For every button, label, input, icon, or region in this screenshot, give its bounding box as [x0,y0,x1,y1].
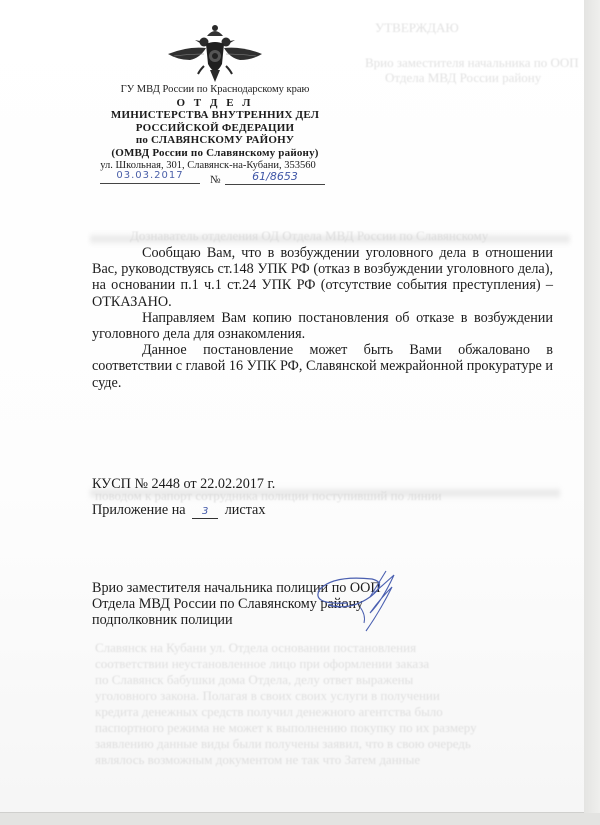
number-label: № [210,174,221,186]
org-name-line-1: МИНИСТЕРСТВА ВНУТРЕННИХ ДЕЛ [100,109,330,122]
org-short-name: (ОМВД России по Славянскому району) [100,147,330,160]
handwritten-signature-icon [300,565,410,645]
date-stamp: 03.03.2017 [100,170,200,184]
bleed-through-text: Врио заместителя начальника по ООП [365,55,579,71]
scan-edge [584,0,600,825]
bleed-through-text: Дознаватель отделения ОД Отдела МВД Росс… [130,228,488,244]
bleed-through-text: паспортного режима не может к выполнению… [95,720,477,736]
org-name-line-3: по СЛАВЯНСКОМУ РАЙОНУ [100,134,330,147]
org-name-line-2: РОССИЙСКОЙ ФЕДЕРАЦИИ [100,122,330,135]
bleed-through-text: являлось возможным документом не так что… [95,752,420,768]
body-paragraph: Данное постановление может быть Вами обж… [92,342,553,391]
outgoing-number: 61/8653 [225,170,325,185]
department-title: О Т Д Е Л [100,97,330,110]
letterhead: ГУ МВД России по Краснодарскому краю О Т… [100,22,330,172]
document-page: УТВЕРЖДАЮ Врио заместителя начальника по… [0,0,585,813]
letter-body: Сообщаю Вам, что в возбуждении уголовног… [92,245,553,391]
registration-line: 03.03.2017 № 61/8653 [100,170,325,190]
bleed-through-text: заявлению данные виды были получены заяв… [95,736,471,752]
bleed-through-text: Отдела МВД России району [385,70,541,86]
bleed-through-text: уголовного закона. Полагая в своих своих… [95,688,440,704]
appendix-line: Приложение на 3 листах [92,502,265,519]
kusp-reference: КУСП № 2448 от 22.02.2017 г. [92,476,275,493]
bleed-through-text: УТВЕРЖДАЮ [375,20,459,36]
bleed-through-text: соответствии неустановленное лицо при оф… [95,656,429,672]
appendix-suffix: листах [225,502,266,518]
body-paragraph: Направляем Вам копию постановления об от… [92,310,553,342]
appendix-page-count: 3 [192,506,218,519]
appendix-prefix: Приложение на [92,502,186,518]
parent-organization: ГУ МВД России по Краснодарскому краю [100,84,330,97]
bleed-through-text: по Славянск бабушки дома Отдела, делу от… [95,672,413,688]
double-headed-eagle-emblem-icon [160,22,270,84]
body-paragraph: Сообщаю Вам, что в возбуждении уголовног… [92,245,553,310]
bleed-through-text: кредита денежных средств получил денежно… [95,704,443,720]
scan-edge [0,813,600,825]
